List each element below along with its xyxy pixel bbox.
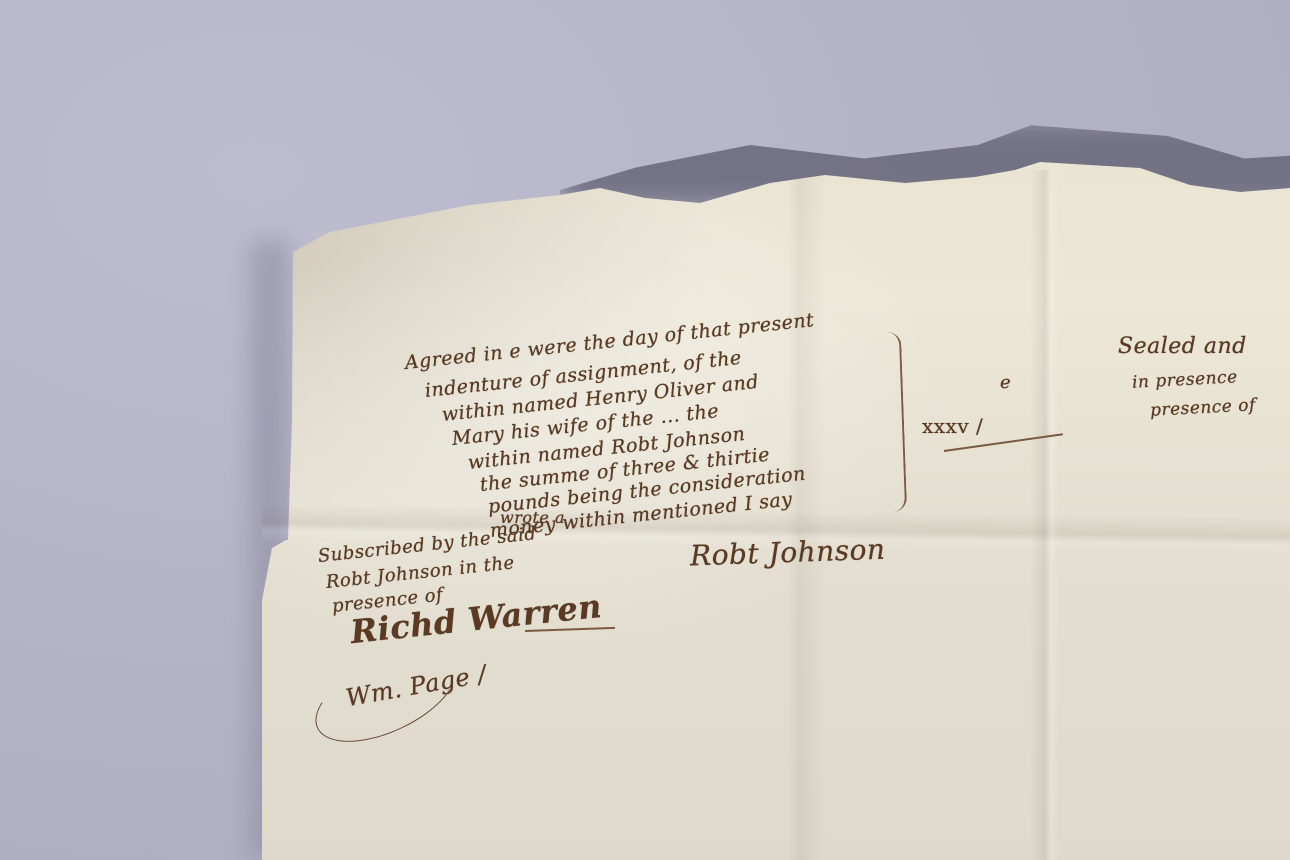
- margin-mark: e: [1000, 372, 1011, 393]
- signature-robt-johnson: Robt Johnson: [689, 533, 885, 573]
- margin-numeral: xxxv /: [922, 414, 983, 438]
- sealed-line-1: Sealed and: [1118, 334, 1247, 359]
- vellum-document: [0, 0, 1290, 860]
- vertical-fold: [1030, 170, 1060, 860]
